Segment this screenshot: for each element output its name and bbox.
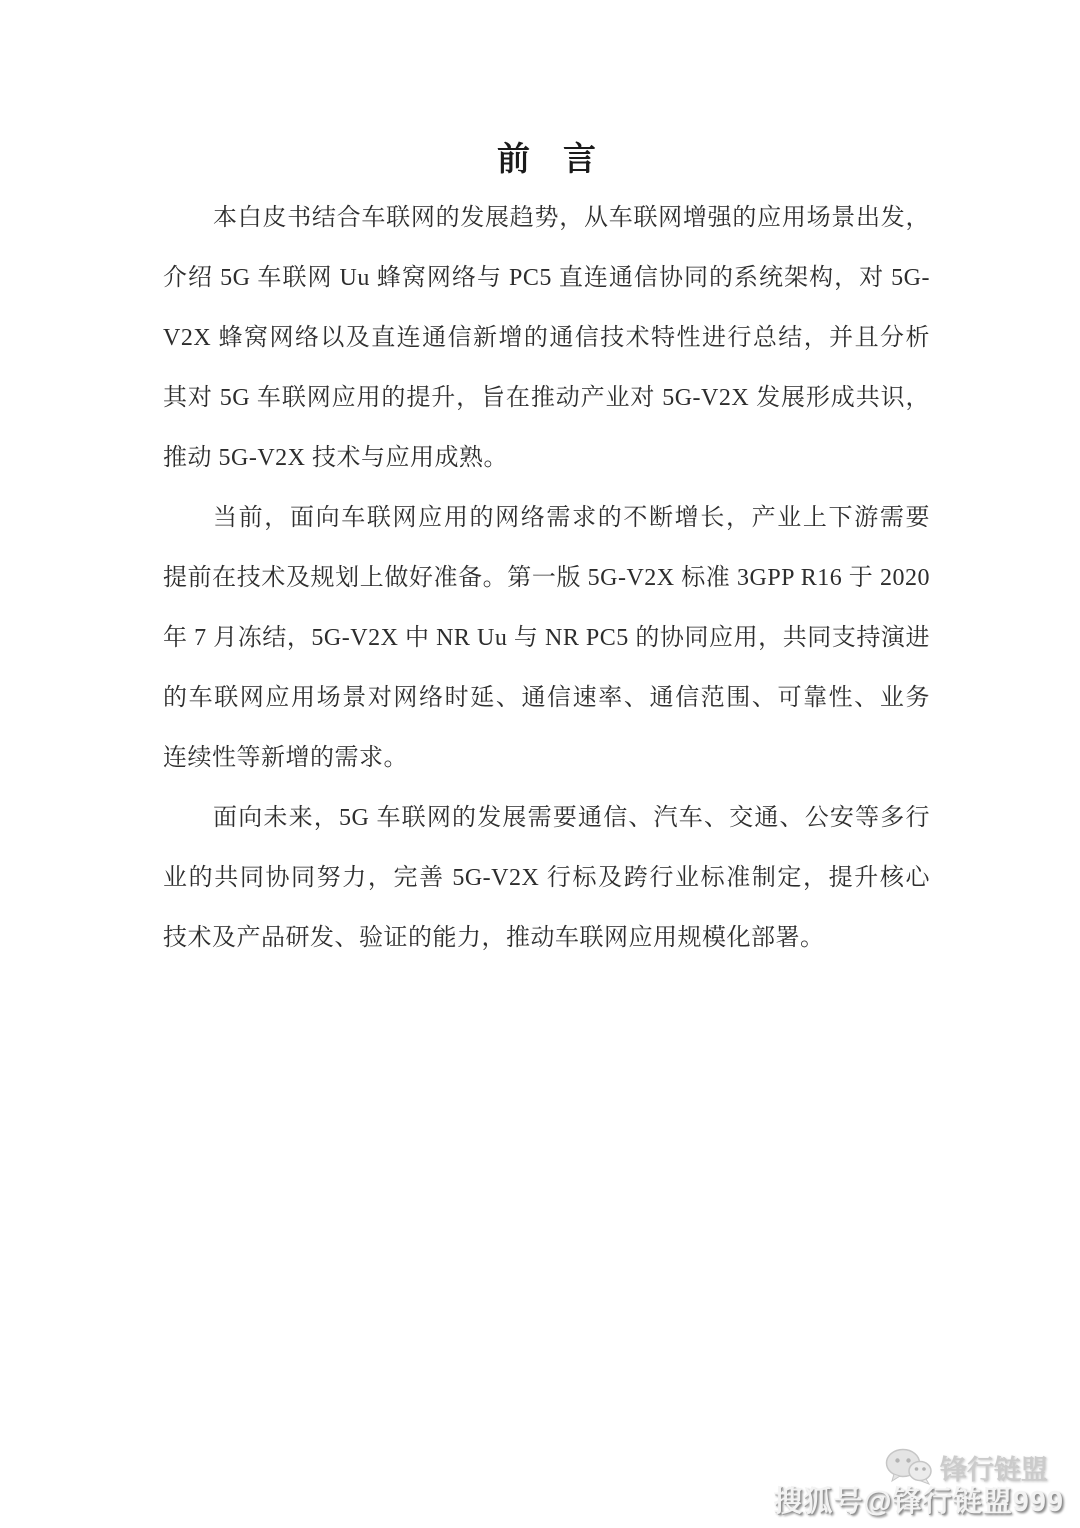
page-title: 前 言 [163,133,930,180]
document-body: 本白皮书结合车联网的发展趋势，从车联网增强的应用场景出发， 介绍 5G 车联网 … [163,188,930,968]
watermark: 锋行链盟 搜狐号@锋行链盟999 [773,1450,1064,1520]
paragraph-line: 业的共同协同努力，完善 5G-V2X 行标及跨行业标准制定，提升核心 [163,848,930,908]
paragraph: 当前，面向车联网应用的网络需求的不断增长，产业上下游需要 提前在技术及规划上做好… [163,488,930,788]
paragraph-line: 技术及产品研发、验证的能力，推动车联网应用规模化部署。 [163,908,930,968]
paragraph-line: 介绍 5G 车联网 Uu 蜂窝网络与 PC5 直连通信协同的系统架构，对 5G- [163,248,930,308]
paragraph-line: 当前，面向车联网应用的网络需求的不断增长，产业上下游需要 [163,488,930,548]
paragraph-line: 的车联网应用场景对网络时延、通信速率、通信范围、可靠性、业务 [163,668,930,728]
paragraph: 本白皮书结合车联网的发展趋势，从车联网增强的应用场景出发， 介绍 5G 车联网 … [163,188,930,488]
paragraph-line: 面向未来，5G 车联网的发展需要通信、汽车、交通、公安等多行 [163,788,930,848]
paragraph: 面向未来，5G 车联网的发展需要通信、汽车、交通、公安等多行 业的共同协同努力，… [163,788,930,968]
watermark-account-text: 搜狐号@锋行链盟999 [773,1479,1064,1520]
paragraph-line: V2X 蜂窝网络以及直连通信新增的通信技术特性进行总结，并且分析 [163,308,930,368]
paragraph-line: 连续性等新增的需求。 [163,728,930,788]
paragraph-line: 其对 5G 车联网应用的提升，旨在推动产业对 5G-V2X 发展形成共识， [163,368,930,428]
document-page: 前 言 本白皮书结合车联网的发展趋势，从车联网增强的应用场景出发， 介绍 5G … [0,0,1080,1528]
paragraph-line: 年 7 月冻结，5G-V2X 中 NR Uu 与 NR PC5 的协同应用，共同… [163,608,930,668]
paragraph-line: 推动 5G-V2X 技术与应用成熟。 [163,428,930,488]
paragraph-line: 提前在技术及规划上做好准备。第一版 5G-V2X 标准 3GPP R16 于 2… [163,548,930,608]
paragraph-line: 本白皮书结合车联网的发展趋势，从车联网增强的应用场景出发， [163,188,930,248]
